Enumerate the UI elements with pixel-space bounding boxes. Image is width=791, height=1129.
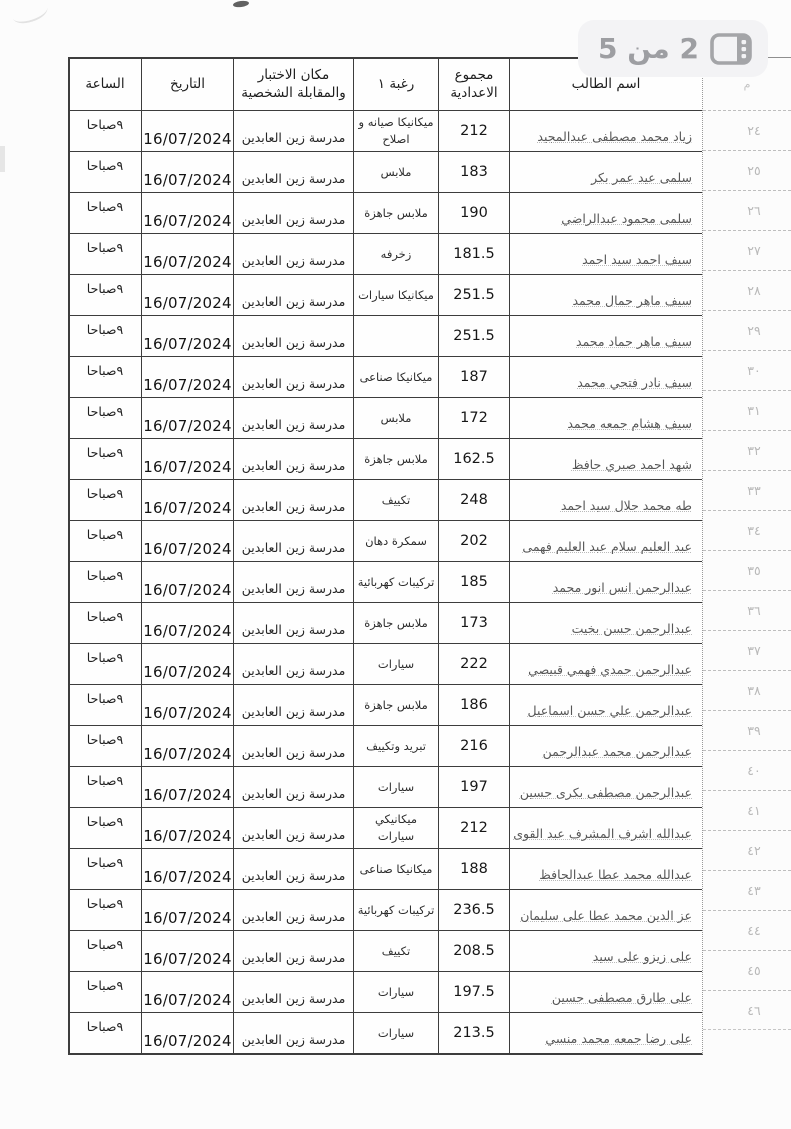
date-cell: 16/07/2024 [141,1013,233,1053]
first-choice-cell: زخرفه [353,234,438,274]
student-name-cell: سيف احمد سيد احمد [509,234,702,274]
student-name-cell: على زيزو على سيد [509,931,702,971]
serial-number-cell: ٤٤ [703,910,791,950]
table-row: سيف نادر فتحي محمد 187 ميكانيكا صناعى مد… [70,356,702,397]
time-cell: ٩صباحا [69,152,141,192]
serial-number-cell: ٣٤ [703,510,791,550]
first-choice-cell: سيارات [353,1013,438,1053]
student-name-cell: عز الدين محمد عطا على سليمان [509,890,702,930]
date-cell: 16/07/2024 [141,111,233,151]
time-cell: ٩صباحا [69,357,141,397]
exam-location-cell: مدرسة زين العابدين [233,439,353,479]
table-row: عبدالرحمن علي حسن اسماعيل 186 ملابس جاهز… [70,684,702,725]
student-name-cell: عبدالله اشرف المشرف عبد القوى [509,808,702,848]
time-cell: ٩صباحا [69,316,141,356]
header-first-choice: رغبة ١ [353,59,438,110]
serial-number-cell: ٢٦ [703,190,791,230]
table-row: عبدالرحمن مصطفى بكرى حسين 197 سيارات مدر… [70,766,702,807]
serial-number-cell: ٣٨ [703,670,791,710]
date-cell: 16/07/2024 [141,521,233,561]
exam-location-cell: مدرسة زين العابدين [233,726,353,766]
header-date: التاريخ [141,59,233,110]
serial-number-cell: ٢٩ [703,310,791,350]
serial-number-cell: ٣٢ [703,430,791,470]
first-choice-cell: ملابس [353,398,438,438]
serial-number-cell: ٣٥ [703,550,791,590]
prep-total-cell: 197.5 [438,972,509,1012]
exam-location-cell: مدرسة زين العابدين [233,972,353,1012]
time-cell: ٩صباحا [69,890,141,930]
table-row: عبد العليم سلام عبد العليم فهمى 202 سمكر… [70,520,702,561]
scan-mark [10,0,50,27]
first-choice-cell: سمكرة دهان [353,521,438,561]
exam-location-cell: مدرسة زين العابدين [233,767,353,807]
serial-number-cell: ٤٥ [703,950,791,990]
prep-total-cell: 185 [438,562,509,602]
time-cell: ٩صباحا [69,972,141,1012]
student-name-cell: عبد العليم سلام عبد العليم فهمى [509,521,702,561]
prep-total-cell: 186 [438,685,509,725]
student-name-cell: طه محمد جلال سيد احمد [509,480,702,520]
prep-total-cell: 162.5 [438,439,509,479]
time-cell: ٩صباحا [69,767,141,807]
student-schedule-table: اسم الطالب مجموع الاعدادية رغبة ١ مكان ا… [68,57,703,1055]
student-name-cell: شهد احمد صبري حافظ [509,439,702,479]
student-name-cell: سلمى محمود عبدالراضي [509,193,702,233]
date-cell: 16/07/2024 [141,972,233,1012]
student-name-cell: سيف ماهر جمال محمد [509,275,702,315]
serial-number-cell: ٢٨ [703,270,791,310]
first-choice-cell: ملابس [353,152,438,192]
date-cell: 16/07/2024 [141,439,233,479]
first-choice-cell: سيارات [353,767,438,807]
time-cell: ٩صباحا [69,111,141,151]
time-cell: ٩صباحا [69,603,141,643]
student-name-cell: عبدالرحمن انس انور محمد [509,562,702,602]
prep-total-cell: 190 [438,193,509,233]
prep-total-cell: 251.5 [438,316,509,356]
student-name-cell: سلمى عيد عمر بكر [509,152,702,192]
table-row: سلمى محمود عبدالراضي 190 ملابس جاهزة مدر… [70,192,702,233]
first-choice-cell: سيارات [353,644,438,684]
table-row: عبدالرحمن محمد عبدالرحمن 216 تبريد وتكيي… [70,725,702,766]
first-choice-cell: ملابس جاهزة [353,439,438,479]
prep-total-cell: 236.5 [438,890,509,930]
first-choice-cell: تركيبات كهربائية [353,890,438,930]
prep-total-cell: 248 [438,480,509,520]
first-choice-cell: تبريد وتكييف [353,726,438,766]
serial-number-cell: ٢٥ [703,150,791,190]
first-choice-cell: ميكانيكا صيانه و اصلاح [353,111,438,151]
serial-number-cell: ٣١ [703,390,791,430]
table-row: عبدالرحمن حمدي فهمي قبيصي 222 سيارات مدر… [70,643,702,684]
table-row: عبدالله محمد عطا عبدالحافظ 188 ميكانيكا … [70,848,702,889]
first-choice-cell: ميكانيكا صناعى [353,357,438,397]
table-row: على رضا جمعه محمد منسي 213.5 سيارات مدرس… [70,1012,702,1053]
serial-number-cell: ٤٣ [703,870,791,910]
time-cell: ٩صباحا [69,1013,141,1053]
date-cell: 16/07/2024 [141,890,233,930]
time-cell: ٩صباحا [69,931,141,971]
date-cell: 16/07/2024 [141,726,233,766]
table-row: على طارق مصطفى حسين 197.5 سيارات مدرسة ز… [70,971,702,1012]
serial-number-cell: ٣٣ [703,470,791,510]
prep-total-cell: 197 [438,767,509,807]
prep-total-cell: 222 [438,644,509,684]
table-row: شهد احمد صبري حافظ 162.5 ملابس جاهزة مدر… [70,438,702,479]
student-name-cell: عبدالرحمن محمد عبدالرحمن [509,726,702,766]
exam-location-cell: مدرسة زين العابدين [233,644,353,684]
time-cell: ٩صباحا [69,562,141,602]
prep-total-cell: 188 [438,849,509,889]
exam-location-cell: مدرسة زين العابدين [233,808,353,848]
prep-total-cell: 181.5 [438,234,509,274]
time-cell: ٩صباحا [69,521,141,561]
first-choice-cell: ميكانيكا سيارات [353,275,438,315]
date-cell: 16/07/2024 [141,480,233,520]
student-name-cell: عبدالله محمد عطا عبدالحافظ [509,849,702,889]
time-cell: ٩صباحا [69,439,141,479]
serial-number-cell: ٤٦ [703,990,791,1030]
prep-total-cell: 212 [438,808,509,848]
exam-location-cell: مدرسة زين العابدين [233,152,353,192]
exam-location-cell: مدرسة زين العابدين [233,603,353,643]
first-choice-cell: تكييف [353,931,438,971]
date-cell: 16/07/2024 [141,931,233,971]
header-exam-location: مكان الاختبار والمقابلة الشخصية [233,59,353,110]
date-cell: 16/07/2024 [141,562,233,602]
prep-total-cell: 183 [438,152,509,192]
student-name-cell: على رضا جمعه محمد منسي [509,1013,702,1053]
date-cell: 16/07/2024 [141,849,233,889]
time-cell: ٩صباحا [69,398,141,438]
date-cell: 16/07/2024 [141,603,233,643]
num-column-body: ٢٤ ٢٥ ٢٦ ٢٧ ٢٨ ٢٩ ٣٠ ٣١ ٣٢ ٣٣ ٣٤ ٣٥ ٣٦ ٣… [703,110,791,1030]
page-indicator-pill: 2 من 5 [578,20,768,77]
table-row: طه محمد جلال سيد احمد 248 تكييف مدرسة زي… [70,479,702,520]
scan-smudge [233,0,250,8]
time-cell: ٩صباحا [69,808,141,848]
student-name-cell: عبدالرحمن حمدي فهمي قبيصي [509,644,702,684]
serial-number-cell: ٣٩ [703,710,791,750]
prep-total-cell: 187 [438,357,509,397]
date-cell: 16/07/2024 [141,398,233,438]
table-row: عبدالرحمن انس انور محمد 185 تركيبات كهرب… [70,561,702,602]
table-row: سيف هشام جمعه محمد 172 ملابس مدرسة زين ا… [70,397,702,438]
date-cell: 16/07/2024 [141,152,233,192]
time-cell: ٩صباحا [69,193,141,233]
first-choice-cell: ميكانيكا صناعى [353,849,438,889]
exam-location-cell: مدرسة زين العابدين [233,480,353,520]
first-choice-cell [353,316,438,356]
header-prep-total: مجموع الاعدادية [438,59,509,110]
serial-number-cell: ٤٢ [703,830,791,870]
table-row: سيف احمد سيد احمد 181.5 زخرفه مدرسة زين … [70,233,702,274]
serial-number-cell: ٣٦ [703,590,791,630]
pages-icon [710,33,752,65]
exam-location-cell: مدرسة زين العابدين [233,890,353,930]
time-cell: ٩صباحا [69,685,141,725]
serial-number-cell: ٤٠ [703,750,791,790]
scan-mark [0,146,5,172]
header-time: الساعة [69,59,141,110]
first-choice-cell: سيارات [353,972,438,1012]
prep-total-cell: 208.5 [438,931,509,971]
prep-total-cell: 216 [438,726,509,766]
prep-total-cell: 251.5 [438,275,509,315]
first-choice-cell: تكييف [353,480,438,520]
exam-location-cell: مدرسة زين العابدين [233,849,353,889]
date-cell: 16/07/2024 [141,808,233,848]
exam-location-cell: مدرسة زين العابدين [233,234,353,274]
table-row: عبدالله اشرف المشرف عبد القوى 212 ميكاني… [70,807,702,848]
exam-location-cell: مدرسة زين العابدين [233,357,353,397]
date-cell: 16/07/2024 [141,193,233,233]
first-choice-cell: ملابس جاهزة [353,603,438,643]
exam-location-cell: مدرسة زين العابدين [233,398,353,438]
table-row: سيف ماهر حماد محمد 251.5 مدرسة زين العاب… [70,315,702,356]
prep-total-cell: 212 [438,111,509,151]
serial-number-cell: ٣٧ [703,630,791,670]
time-cell: ٩صباحا [69,644,141,684]
exam-location-cell: مدرسة زين العابدين [233,275,353,315]
time-cell: ٩صباحا [69,275,141,315]
exam-location-cell: مدرسة زين العابدين [233,685,353,725]
first-choice-cell: ملابس جاهزة [353,685,438,725]
date-cell: 16/07/2024 [141,316,233,356]
date-cell: 16/07/2024 [141,685,233,725]
student-name-cell: سيف نادر فتحي محمد [509,357,702,397]
student-name-cell: سيف ماهر حماد محمد [509,316,702,356]
table-row: عز الدين محمد عطا على سليمان 236.5 تركيب… [70,889,702,930]
time-cell: ٩صباحا [69,726,141,766]
exam-location-cell: مدرسة زين العابدين [233,562,353,602]
student-name-cell: عبدالرحمن مصطفى بكرى حسين [509,767,702,807]
student-name-cell: عبدالرحمن حسن بخيت [509,603,702,643]
prep-total-cell: 213.5 [438,1013,509,1053]
page-indicator-label: 2 من 5 [598,35,699,63]
student-name-cell: زياد محمد مصطفى عبدالمجيد [509,111,702,151]
first-choice-cell: ميكانيكي سيارات [353,808,438,848]
student-name-cell: عبدالرحمن علي حسن اسماعيل [509,685,702,725]
first-choice-cell: ملابس جاهزة [353,193,438,233]
prep-total-cell: 172 [438,398,509,438]
exam-location-cell: مدرسة زين العابدين [233,316,353,356]
date-cell: 16/07/2024 [141,767,233,807]
prep-total-cell: 202 [438,521,509,561]
prep-total-cell: 173 [438,603,509,643]
date-cell: 16/07/2024 [141,234,233,274]
serial-number-cell: ٢٧ [703,230,791,270]
table-row: سلمى عيد عمر بكر 183 ملابس مدرسة زين الع… [70,151,702,192]
table-row: سيف ماهر جمال محمد 251.5 ميكانيكا سيارات… [70,274,702,315]
serial-number-column: م ٢٤ ٢٥ ٢٦ ٢٧ ٢٨ ٢٩ ٣٠ ٣١ ٣٢ ٣٣ ٣٤ ٣٥ ٣٦… [703,57,791,1030]
exam-location-cell: مدرسة زين العابدين [233,111,353,151]
time-cell: ٩صباحا [69,849,141,889]
date-cell: 16/07/2024 [141,644,233,684]
exam-location-cell: مدرسة زين العابدين [233,1013,353,1053]
exam-location-cell: مدرسة زين العابدين [233,521,353,561]
student-name-cell: سيف هشام جمعه محمد [509,398,702,438]
date-cell: 16/07/2024 [141,357,233,397]
date-cell: 16/07/2024 [141,275,233,315]
serial-number-cell: ٣٠ [703,350,791,390]
exam-location-cell: مدرسة زين العابدين [233,931,353,971]
serial-number-cell: ٤١ [703,790,791,830]
student-name-cell: على طارق مصطفى حسين [509,972,702,1012]
table-row: زياد محمد مصطفى عبدالمجيد 212 ميكانيكا ص… [70,110,702,151]
table-row: عبدالرحمن حسن بخيت 173 ملابس جاهزة مدرسة… [70,602,702,643]
serial-number-cell: ٢٤ [703,110,791,150]
table-body: زياد محمد مصطفى عبدالمجيد 212 ميكانيكا ص… [70,110,702,1053]
table-row: على زيزو على سيد 208.5 تكييف مدرسة زين ا… [70,930,702,971]
time-cell: ٩صباحا [69,234,141,274]
time-cell: ٩صباحا [69,480,141,520]
exam-location-cell: مدرسة زين العابدين [233,193,353,233]
first-choice-cell: تركيبات كهربائية [353,562,438,602]
